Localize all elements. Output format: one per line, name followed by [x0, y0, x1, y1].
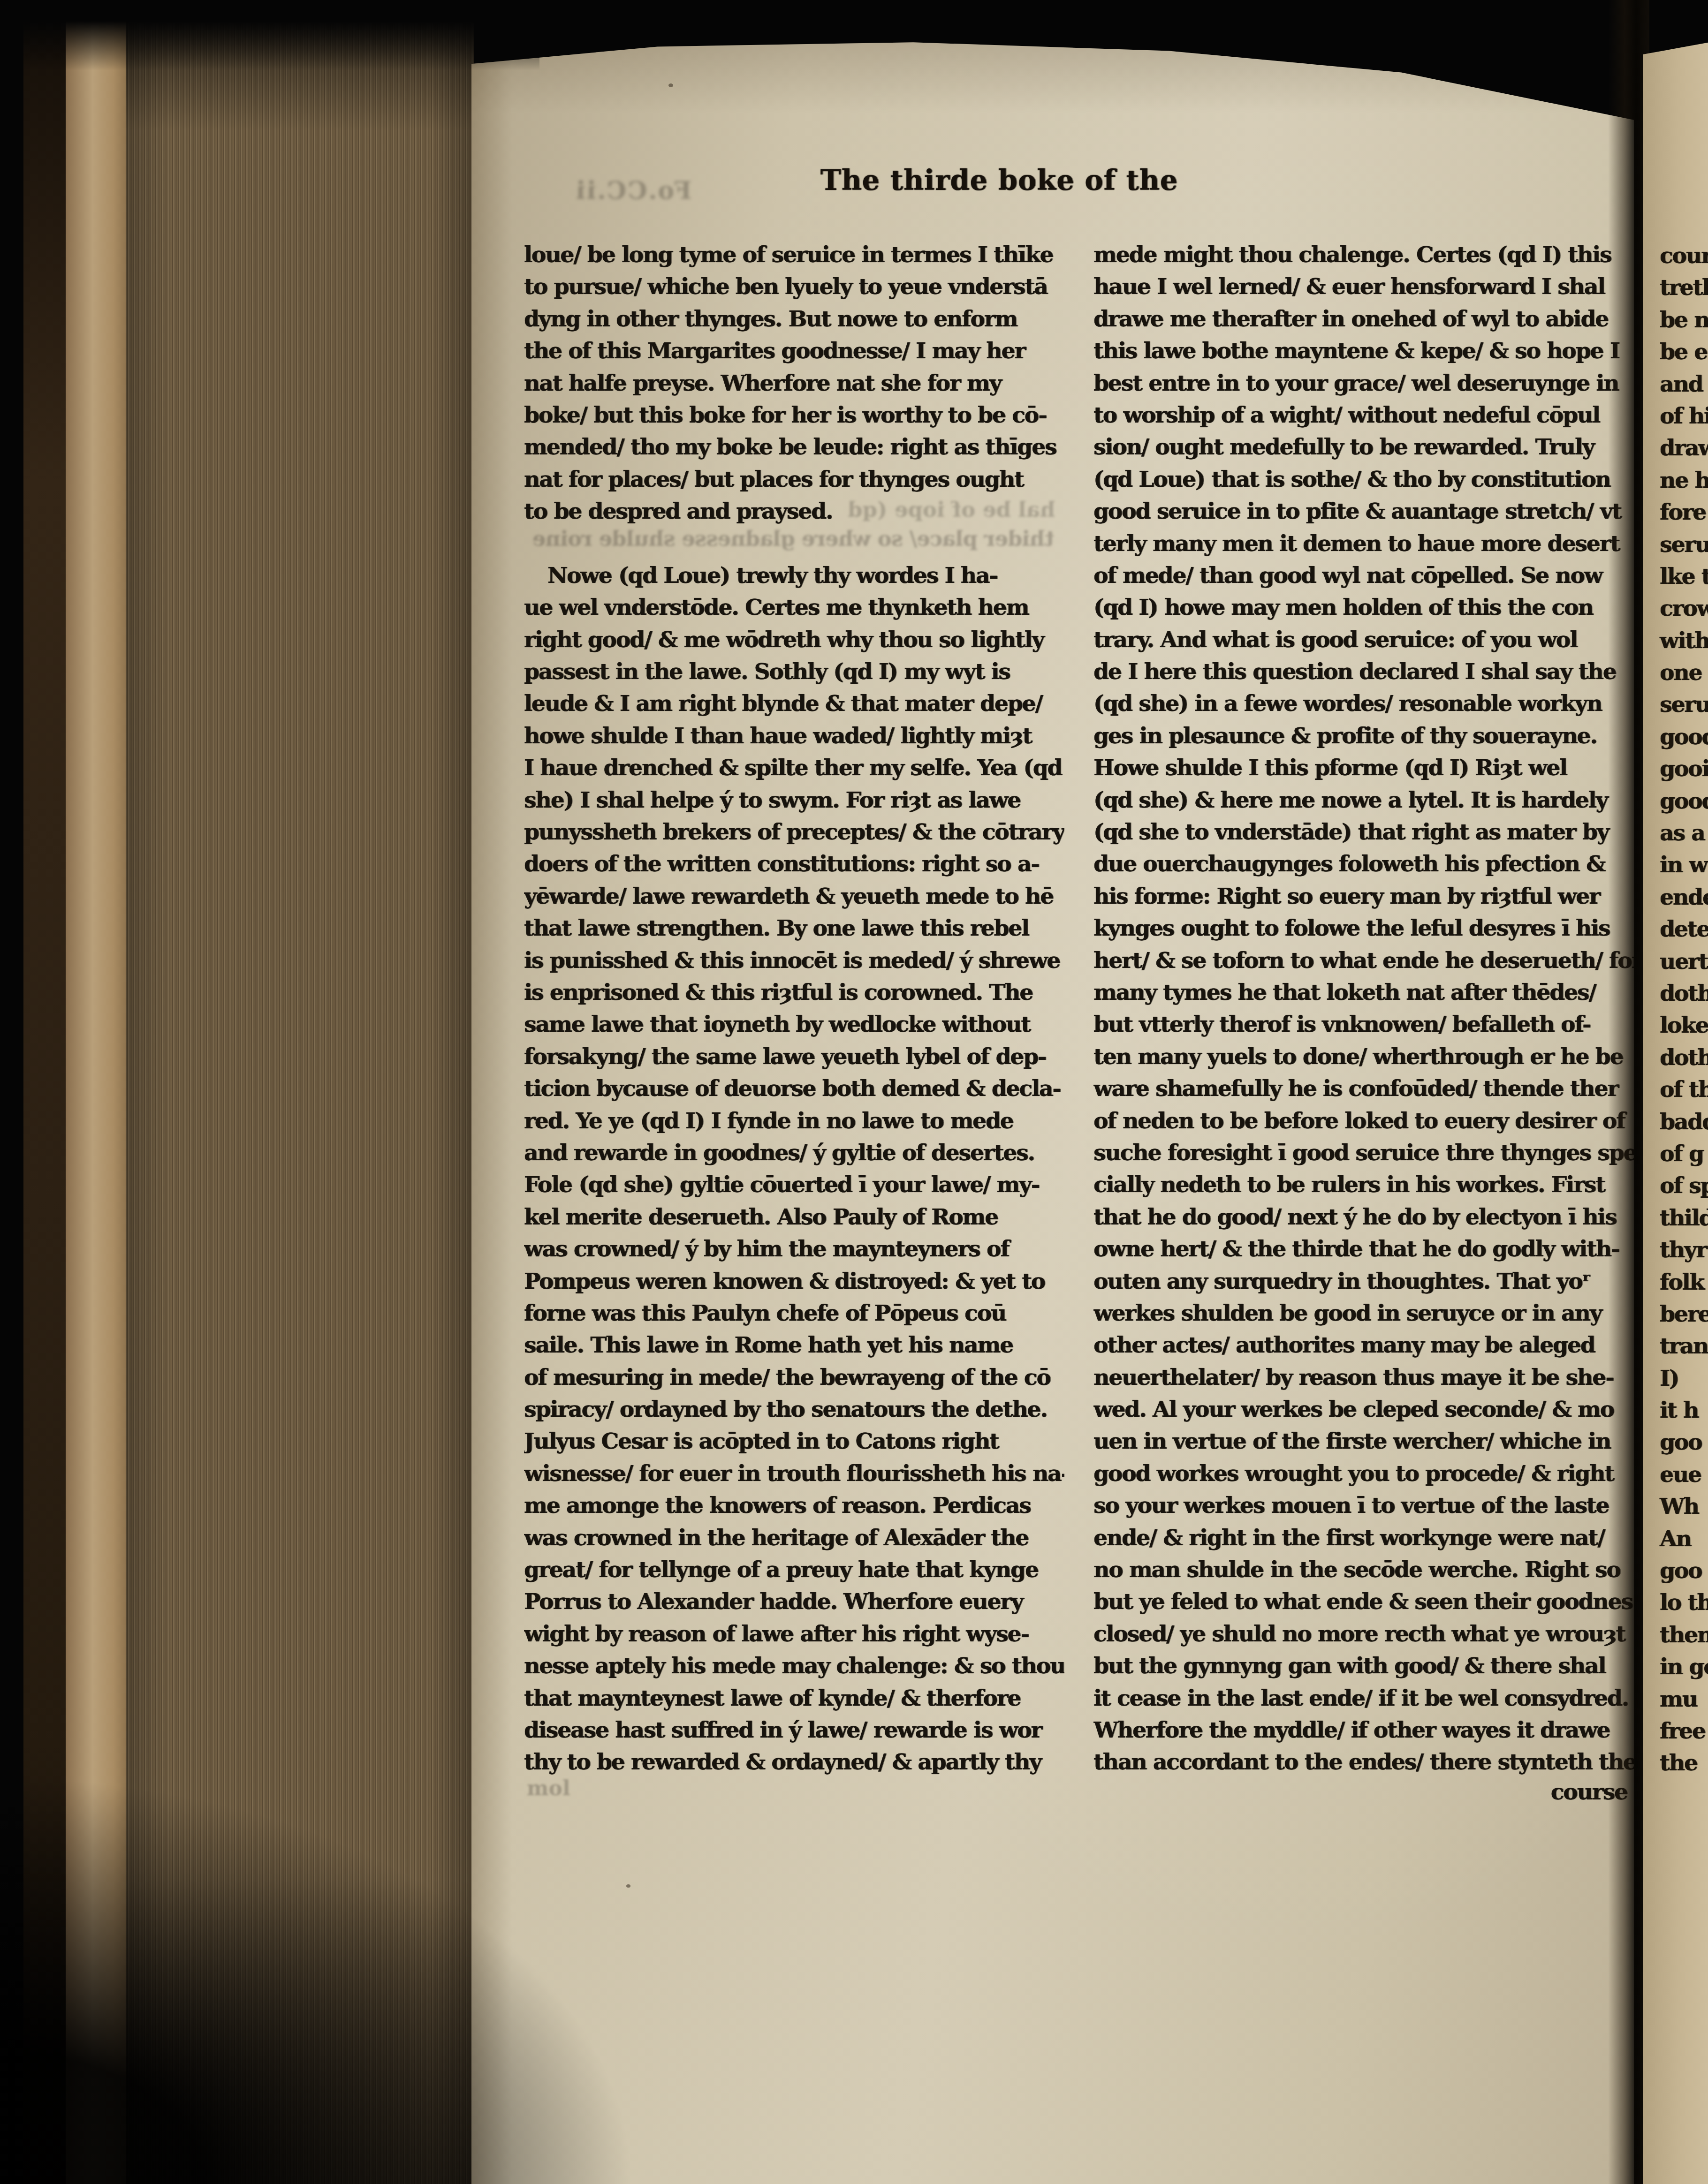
text-line: great/ for tellynge of a preuy hate that…: [524, 1554, 1064, 1586]
text-line: of sp: [1643, 1170, 1708, 1202]
text-line: that lawe strengthen. By one lawe this r…: [524, 913, 1064, 945]
text-line: I): [1643, 1363, 1708, 1395]
text-line: is punisshed & this innocēt is meded/ ý …: [524, 945, 1064, 977]
text-line: ten many yuels to done/ wherthrough er h…: [1093, 1041, 1634, 1073]
text-line: it cease in the last ende/ if it be wel …: [1093, 1683, 1634, 1715]
text-line: nat for places/ but places for thynges o…: [524, 464, 1064, 496]
text-line: of mede/ than good wyl nat cōpelled. Se …: [1093, 560, 1634, 592]
text-line: red. Ye ye (qd I) I fynde in no lawe to …: [524, 1105, 1064, 1137]
book-photograph: Fo.CC.ii The thirde boke of the loue/ be…: [0, 0, 1708, 2184]
text-line: crow: [1643, 593, 1708, 625]
left-paragraph-1: loue/ be long tyme of seruice in termes …: [524, 239, 1064, 528]
text-line: with: [1643, 625, 1708, 657]
text-line: An: [1643, 1523, 1708, 1555]
text-line: lo th: [1643, 1587, 1708, 1619]
text-line: good: [1643, 786, 1708, 817]
text-line: endee: [1643, 882, 1708, 914]
text-line: leude & I am right blynde & that mater d…: [524, 688, 1064, 720]
text-line: boke/ but this boke for her is worthy to…: [524, 400, 1064, 431]
text-line: and be: [1643, 369, 1708, 401]
text-line: deter: [1643, 914, 1708, 945]
text-line: thild: [1643, 1202, 1708, 1234]
text-line: dyng in other thynges. But nowe to enfor…: [524, 303, 1064, 335]
text-line: tran: [1643, 1330, 1708, 1362]
text-line: in w: [1643, 849, 1708, 881]
text-line: to worship of a wight/ without nedeful c…: [1093, 400, 1634, 431]
text-line: hert/ & se toforn to what ende he deseru…: [1093, 945, 1634, 977]
left-text-column: loue/ be long tyme of seruice in termes …: [524, 239, 1064, 1843]
text-line: sion/ ought medefully to be rewarded. Tr…: [1093, 431, 1634, 463]
text-line: loke: [1643, 1010, 1708, 1042]
text-line: wisnesse/ for euer in trouth flourisshet…: [524, 1458, 1064, 1490]
text-line: good: [1643, 721, 1708, 753]
text-line: seruic: [1643, 529, 1708, 561]
text-line: saile. This lawe in Rome hath yet his na…: [524, 1330, 1064, 1361]
text-line: other actes/ authorites many may be aleg…: [1093, 1330, 1634, 1361]
text-line: was crowned in the heritage of Alexāder …: [524, 1522, 1064, 1554]
text-line: was crowned/ ý by him the maynteyners of: [524, 1233, 1064, 1265]
text-line: no man shulde in the secōde werche. Righ…: [1093, 1554, 1634, 1586]
text-line: (qd she) & here me nowe a lytel. It is h…: [1093, 785, 1634, 816]
text-line: wed. Al your werkes be cleped seconde/ &…: [1093, 1394, 1634, 1426]
text-line: haue I wel lerned/ & euer hensforward I …: [1093, 271, 1634, 303]
text-line: neuerthelater/ by reason thus maye it be…: [1093, 1362, 1634, 1394]
text-line: Porrus to Alexander hadde. Wherfore euer…: [524, 1586, 1064, 1618]
text-line: but ye feled to what ende & seen their g…: [1093, 1586, 1634, 1618]
text-line: of th: [1643, 1074, 1708, 1106]
text-line: (qd I) howe may men holden of this the c…: [1093, 592, 1634, 624]
text-line: nesse aptely his mede may chalenge: & so…: [524, 1650, 1064, 1682]
text-line: the of this Margarites goodnesse/ I may …: [524, 335, 1064, 367]
text-line: of neden to be before loked to euery des…: [1093, 1105, 1634, 1137]
right-paragraph: mede might thou chalenge. Certes (qd I) …: [1093, 239, 1634, 1779]
text-line: mede might thou chalenge. Certes (qd I) …: [1093, 239, 1634, 271]
bottom-left-shadow: [0, 1762, 657, 2184]
show-through-inline-ghost: hal be of iope (qd: [848, 497, 1055, 522]
text-line: as a: [1643, 817, 1708, 849]
text-line: passest in the lawe. Sothly (qd I) my wy…: [524, 656, 1064, 688]
right-text-column: mede might thou chalenge. Certes (qd I) …: [1093, 239, 1634, 1843]
text-line: spiracy/ ordayned by tho senatours the d…: [524, 1394, 1064, 1426]
text-line: be esch: [1643, 336, 1708, 368]
text-line: but the gynnyng gan with good/ & there s…: [1093, 1650, 1634, 1682]
text-line: she) I shal helpe ý to swym. For riȝt as…: [524, 785, 1064, 816]
text-line: me amonge the knowers of reason. Perdica…: [524, 1490, 1064, 1522]
text-line: Pompeus weren knowen & distroyed: & yet …: [524, 1266, 1064, 1298]
paper-speck: [1433, 55, 1437, 59]
text-line: drawe me therafter in onehed of wyl to a…: [1093, 303, 1634, 335]
text-line: than accordant to the endes/ there stynt…: [1093, 1746, 1634, 1778]
text-line: ware shamefully he is confoūded/ thende …: [1093, 1073, 1634, 1105]
text-line: yēwarde/ lawe rewardeth & yeueth mede to…: [524, 881, 1064, 913]
text-line: goo: [1643, 1427, 1708, 1459]
text-line: mu: [1643, 1684, 1708, 1715]
folio-number-ghost: Fo.CC.ii: [575, 176, 691, 205]
text-line: good seruice in to pfite & auantage stre…: [1093, 496, 1634, 528]
text-line: is enprisoned & this riȝtful is corowned…: [524, 977, 1064, 1009]
text-line: and rewarde in goodnes/ ý gyltie of dese…: [524, 1137, 1064, 1169]
text-line: uertu: [1643, 946, 1708, 978]
text-line: bere: [1643, 1299, 1708, 1330]
text-line: (qd she) in a fewe wordes/ resonable wor…: [1093, 688, 1634, 720]
text-line: terly many men it demen to haue more des…: [1093, 528, 1634, 560]
text-line: (qd Loue) that is sothe/ & tho by consti…: [1093, 464, 1634, 496]
text-line: then: [1643, 1619, 1708, 1651]
text-line: ende/ & right in the first workynge were…: [1093, 1522, 1634, 1554]
next-page-text-fragments: coursetreth/be natbe eschand beof hisdra…: [1643, 240, 1708, 1780]
text-line: treth/: [1643, 272, 1708, 304]
text-line: course: [1643, 240, 1708, 272]
show-through-line-ghost: thider place/ so where gladnesse shulde …: [538, 526, 1054, 551]
text-line: that maynteynest lawe of kynde/ & therfo…: [524, 1683, 1064, 1715]
text-line: many tymes he that loketh nat after thēd…: [1093, 977, 1634, 1009]
text-line: of his: [1643, 401, 1708, 432]
text-line: best entre in to your grace/ wel deseruy…: [1093, 368, 1634, 400]
text-line: Julyus Cesar is acōpted in to Catons rig…: [524, 1426, 1064, 1458]
text-line: one l: [1643, 657, 1708, 689]
text-line: of mesuring in mede/ the bewrayeng of th…: [524, 1362, 1064, 1394]
text-line: uen in vertue of the firste wercher/ whi…: [1093, 1426, 1634, 1458]
text-line: Howe shulde I this pforme (qd I) Riȝt we…: [1093, 752, 1634, 784]
text-line: Wherfore the myddle/ if other wayes it d…: [1093, 1715, 1634, 1746]
text-line: so your werkes mouen ī to vertue of the …: [1093, 1490, 1634, 1522]
text-line: disease hast suffred in ý lawe/ rewarde …: [524, 1715, 1064, 1746]
text-line: forne was this Paulyn chefe of Pōpeus co…: [524, 1298, 1064, 1330]
text-line: loue/ be long tyme of seruice in termes …: [524, 239, 1064, 271]
text-line: of g: [1643, 1138, 1708, 1170]
text-line: (qd she to vnderstāde) that right as mat…: [1093, 816, 1634, 848]
paper-speck: [668, 83, 673, 87]
text-line: trary. And what is good seruice: of you …: [1093, 624, 1634, 656]
text-line: badd: [1643, 1106, 1708, 1138]
text-line: doth: [1643, 1042, 1708, 1074]
text-line: eue: [1643, 1459, 1708, 1491]
text-line: good workes wrought you to procede/ & ri…: [1093, 1458, 1634, 1490]
text-line: this lawe bothe mayntene & kepe/ & so ho…: [1093, 335, 1634, 367]
text-line: drawe: [1643, 432, 1708, 464]
text-line: but vtterly therof is vnknowen/ befallet…: [1093, 1009, 1634, 1041]
text-line: it h: [1643, 1395, 1708, 1427]
text-line: punyssheth brekers of preceptes/ & the c…: [524, 816, 1064, 848]
text-line: doers of the written constitutions: righ…: [524, 848, 1064, 880]
left-paragraph-2: Nowe (qd Loue) trewly thy wordes I ha-ue…: [524, 560, 1064, 1779]
text-line: to pursue/ whiche ben lyuely to yeue vnd…: [524, 271, 1064, 303]
text-line: nat halfe preyse. Wherfore nat she for m…: [524, 368, 1064, 400]
text-line: in go: [1643, 1651, 1708, 1683]
text-line: forsakyng/ the same lawe yeueth lybel of…: [524, 1041, 1064, 1073]
text-line: wight by reason of lawe after his right …: [524, 1618, 1064, 1650]
text-line: be nat: [1643, 304, 1708, 336]
text-line: ges in plesaunce & profite of thy souera…: [1093, 720, 1634, 752]
text-line: howe shulde I than haue waded/ lightly m…: [524, 720, 1064, 752]
text-line: cially nedeth to be rulers in his workes…: [1093, 1169, 1634, 1201]
text-line: I haue drenched & spilte ther my selfe. …: [524, 752, 1064, 784]
text-line: fore w: [1643, 497, 1708, 529]
text-line: ue wel vnderstōde. Certes me thynketh he…: [524, 592, 1064, 624]
text-line: doth: [1643, 978, 1708, 1010]
next-page-sliver: coursetreth/be natbe eschand beof hisdra…: [1643, 39, 1708, 2184]
text-line: due ouerchaugynges foloweth his pfection…: [1093, 848, 1634, 880]
top-shadow: [0, 0, 539, 70]
text-line: mended/ tho my boke be leude: right as t…: [524, 431, 1064, 463]
text-line: werkes shulden be good in seruyce or in …: [1093, 1298, 1634, 1330]
text-line: Nowe (qd Loue) trewly thy wordes I ha-: [524, 560, 1064, 592]
text-line: ticion bycause of deuorse both demed & d…: [524, 1073, 1064, 1105]
text-line: right good/ & me wōdreth why thou so lig…: [524, 624, 1064, 656]
text-line: folk: [1643, 1267, 1708, 1299]
text-line: owne hert/ & the thirde that he do godly…: [1093, 1233, 1634, 1265]
text-line: de I here this question declared I shal …: [1093, 656, 1634, 688]
text-line: his forme: Right so euery man by riȝtful…: [1093, 881, 1634, 913]
text-line: the: [1643, 1747, 1708, 1779]
text-line: gooi: [1643, 753, 1708, 785]
text-line: goo: [1643, 1555, 1708, 1587]
text-line: lke th: [1643, 561, 1708, 593]
text-line: serui: [1643, 689, 1708, 721]
text-line: kynges ought to folowe the leful desyres…: [1093, 913, 1634, 945]
text-line: closed/ ye shuld no more recth what ye w…: [1093, 1618, 1634, 1650]
text-line: Wh: [1643, 1491, 1708, 1523]
text-line: outen any surquedry in thoughtes. That y…: [1093, 1266, 1634, 1298]
running-title: The thirde boke of the: [772, 164, 1227, 196]
text-line: that he do good/ next ý he do by electyo…: [1093, 1202, 1634, 1233]
text-line: thyr: [1643, 1234, 1708, 1266]
text-line: kel merite deserueth. Also Pauly of Rome: [524, 1202, 1064, 1233]
text-line: free: [1643, 1715, 1708, 1747]
text-line: ne har: [1643, 465, 1708, 497]
text-line: suche foresight ī good seruice thre thyn…: [1093, 1137, 1634, 1169]
text-line: Fole (qd she) gyltie cōuerted ī your law…: [524, 1169, 1064, 1201]
text-line: same lawe that ioyneth by wedlocke witho…: [524, 1009, 1064, 1041]
